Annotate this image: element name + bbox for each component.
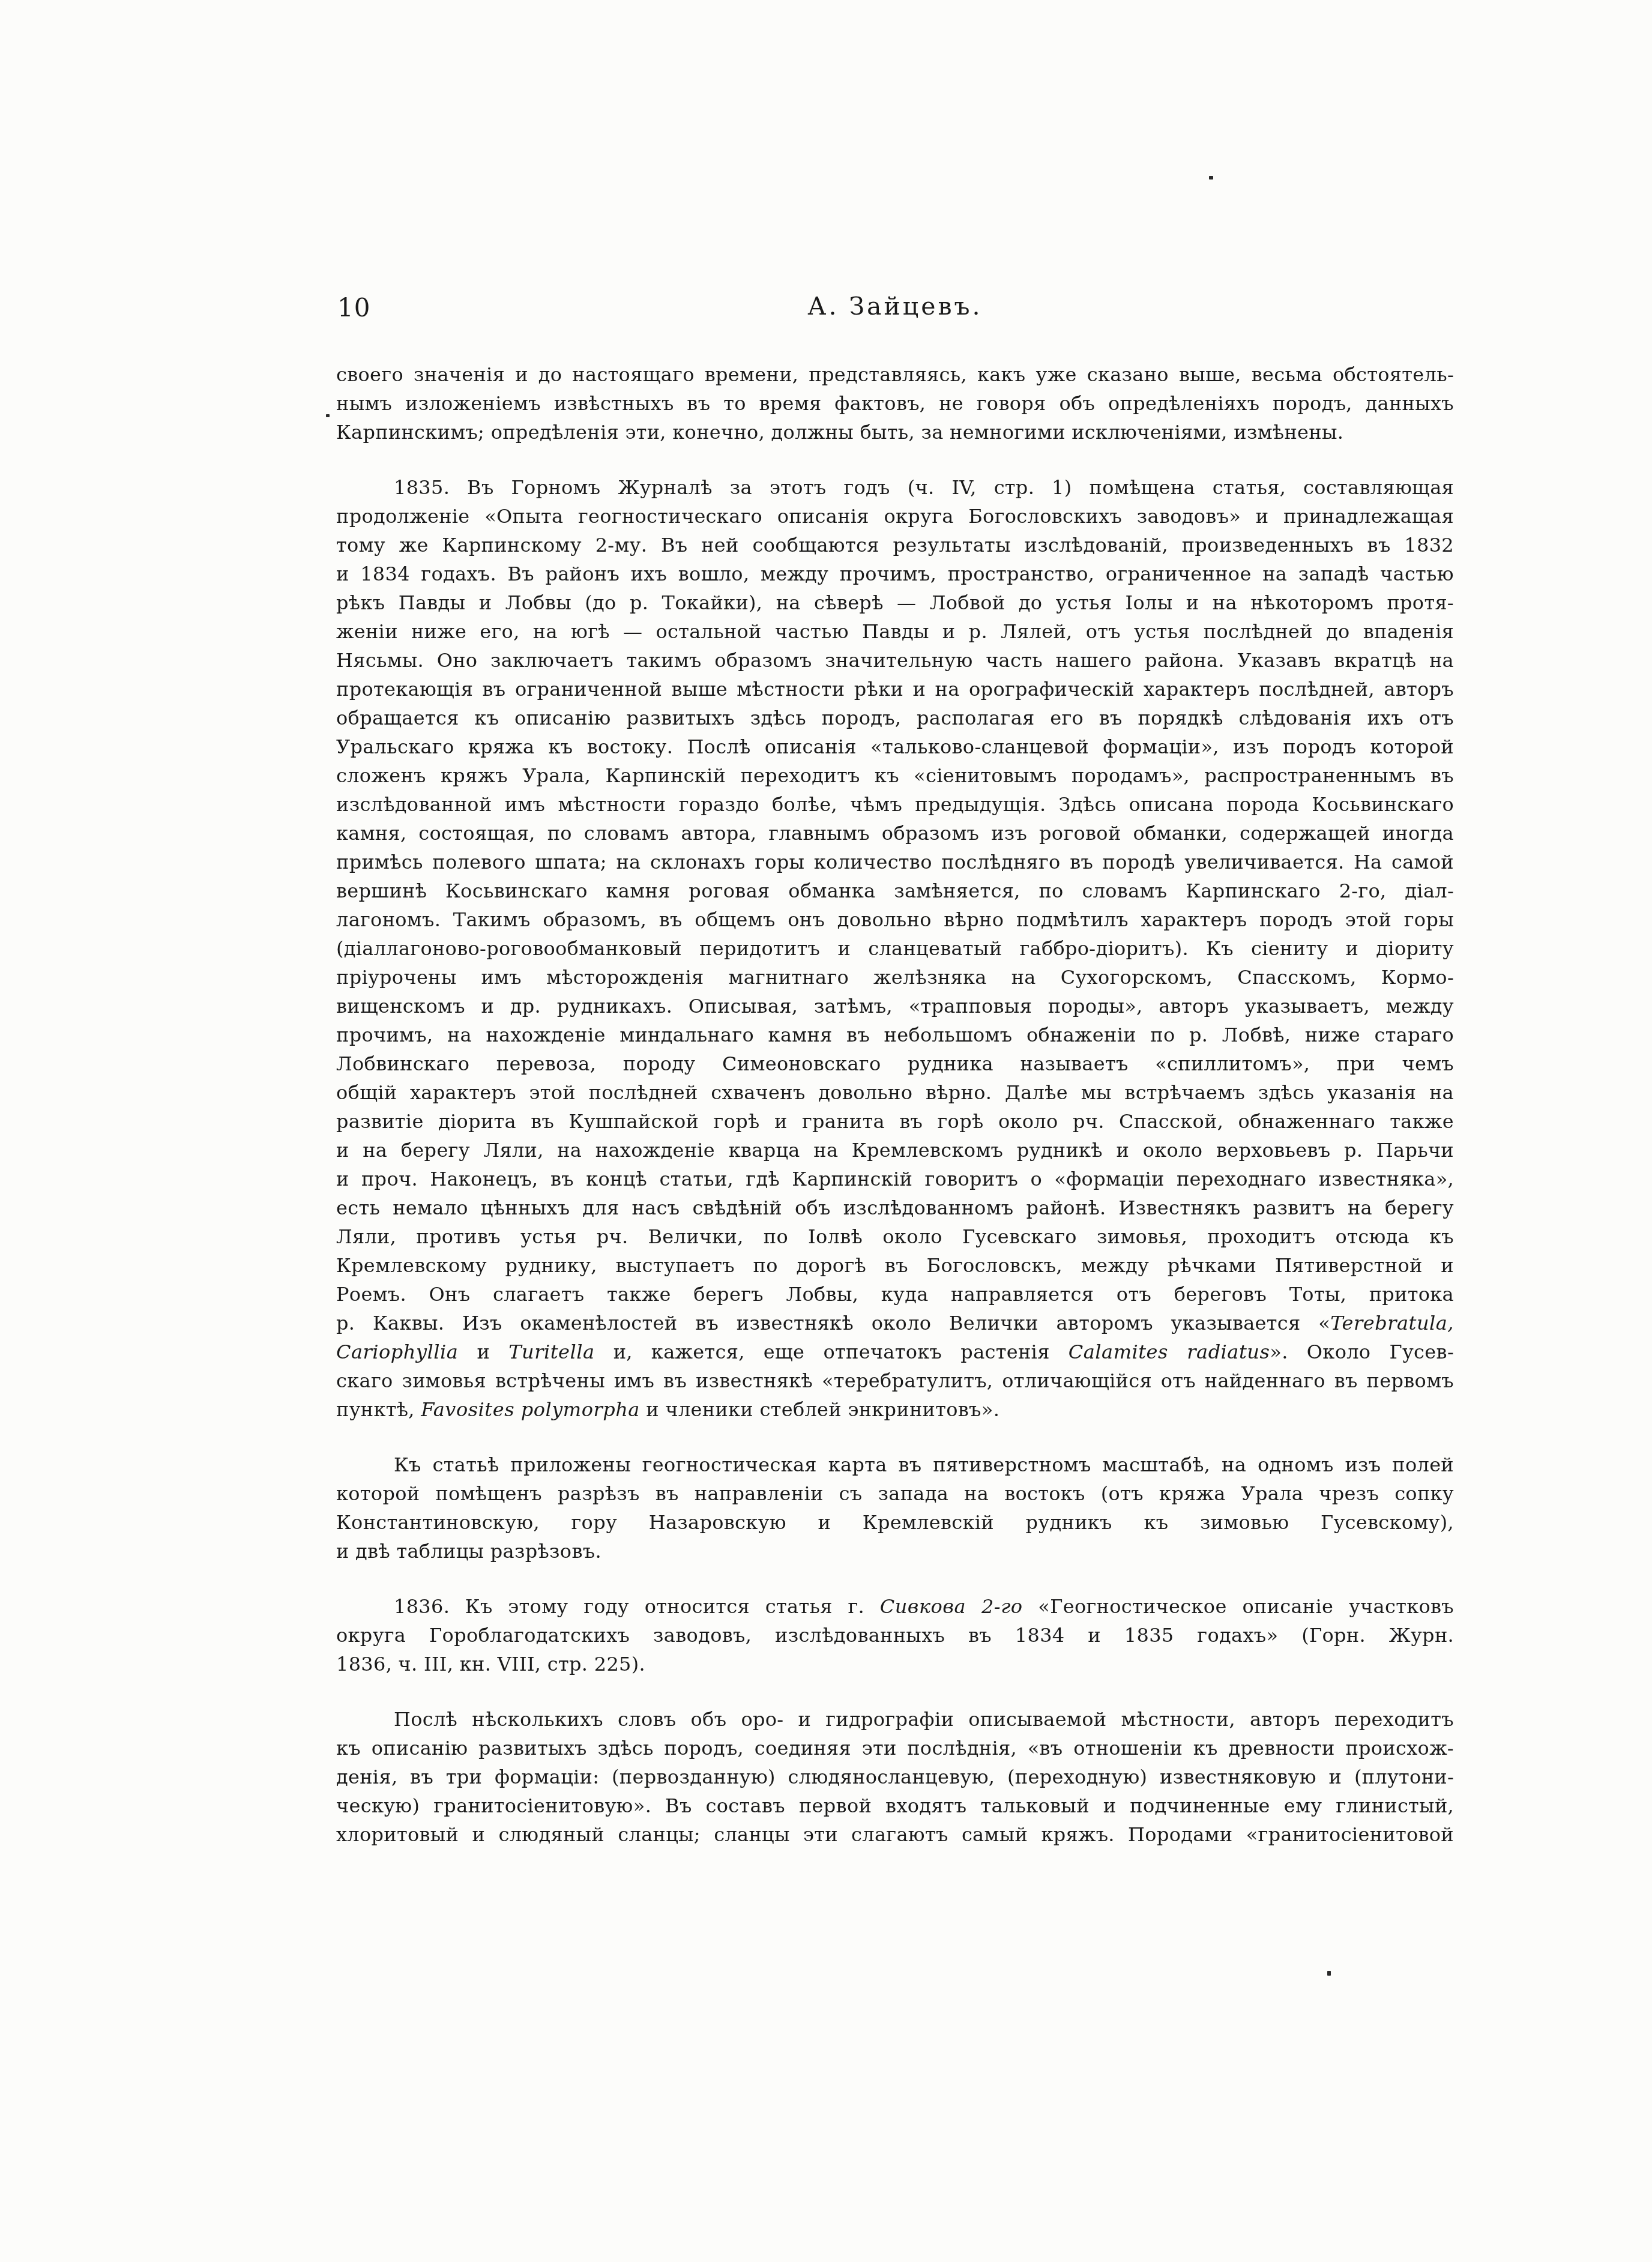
- text-line: лагономъ. Такимъ образомъ, въ общемъ онъ…: [336, 905, 1454, 934]
- text-run: камня, состоящая, по словамъ автора, гла…: [336, 822, 1454, 845]
- text-run: и: [458, 1341, 508, 1363]
- text-run: лагономъ. Такимъ образомъ, въ общемъ онъ…: [336, 908, 1454, 931]
- text-run: женіи ниже его, на югѣ — остальной часть…: [336, 620, 1454, 643]
- text-line: скаго зимовья встрѣчены имъ въ известняк…: [336, 1366, 1454, 1395]
- text-run: Нясьмы. Оно заключаетъ такимъ образомъ з…: [336, 649, 1454, 672]
- text-line: Нясьмы. Оно заключаетъ такимъ образомъ з…: [336, 646, 1454, 675]
- scan-artifact-dot: [1327, 1971, 1331, 1976]
- text-line: (діаллагоново-роговообманковый перидотит…: [336, 934, 1454, 963]
- text-line: развитіе діорита въ Кушпайской горѣ и гр…: [336, 1107, 1454, 1136]
- text-run: изслѣдованной имъ мѣстности гораздо болѣ…: [336, 793, 1454, 816]
- text-line: Карпинскимъ; опредѣленія эти, конечно, д…: [336, 418, 1454, 447]
- text-run: и членики стеблей энкринитовъ».: [640, 1398, 999, 1421]
- scan-artifact-dot: [326, 414, 330, 417]
- text-run: Уральскаго кряжа къ востоку. Послѣ описа…: [336, 735, 1454, 758]
- text-block: своего значенія и до настоящаго времени,…: [336, 360, 1454, 1849]
- text-run: своего значенія и до настоящаго времени,…: [336, 363, 1454, 386]
- text-line: камня, состоящая, по словамъ автора, гла…: [336, 819, 1454, 848]
- text-line: есть немало цѣнныхъ для насъ свѣдѣній об…: [336, 1193, 1454, 1222]
- text-line: обращается къ описанію развитыхъ здѣсь п…: [336, 704, 1454, 732]
- text-line: изслѣдованной имъ мѣстности гораздо болѣ…: [336, 790, 1454, 819]
- text-line: своего значенія и до настоящаго времени,…: [336, 360, 1454, 389]
- text-run: хлоритовый и слюдяный сланцы; сланцы эти…: [336, 1823, 1454, 1846]
- text-line: р. Каквы. Изъ окаменѣлостей въ известняк…: [336, 1309, 1454, 1338]
- text-run: продолженіе «Опыта геогностическаго опис…: [336, 505, 1454, 528]
- text-line: Уральскаго кряжа къ востоку. Послѣ описа…: [336, 732, 1454, 761]
- italic-name-run: Calamites radiatus: [1069, 1341, 1270, 1363]
- text-run: 1836, ч. III, кн. VIII, стр. 225).: [336, 1653, 645, 1675]
- scan-artifact-dot: [1209, 176, 1213, 179]
- text-line: Лобвинскаго перевоза, породу Симеоновска…: [336, 1049, 1454, 1078]
- text-line: которой помѣщенъ разрѣзъ въ направленіи …: [336, 1479, 1454, 1508]
- text-line: примѣсь полевого шпата; на склонахъ горы…: [336, 848, 1454, 876]
- italic-name-run: Terebratula,: [1330, 1312, 1454, 1335]
- text-run: тому же Карпинскому 2-му. Въ ней сообщаю…: [336, 534, 1454, 556]
- text-line: 1836. Къ этому году относится статья г. …: [336, 1592, 1454, 1621]
- text-run: Кремлевскому руднику, выступаетъ по доро…: [336, 1254, 1454, 1277]
- text-run: вищенскомъ и др. рудникахъ. Описывая, за…: [336, 995, 1454, 1018]
- text-run: общій характеръ этой послѣдней схваченъ …: [336, 1081, 1454, 1104]
- text-line: Cariophyllia и Turitella и, кажется, еще…: [336, 1338, 1454, 1366]
- text-line: вершинѣ Косьвинскаго камня роговая обман…: [336, 876, 1454, 905]
- text-run: есть немало цѣнныхъ для насъ свѣдѣній об…: [336, 1196, 1454, 1219]
- text-line: общій характеръ этой послѣдней схваченъ …: [336, 1078, 1454, 1107]
- text-run: развитіе діорита въ Кушпайской горѣ и гр…: [336, 1110, 1454, 1133]
- text-line: тому же Карпинскому 2-му. Въ ней сообщаю…: [336, 531, 1454, 559]
- text-line: округа Гороблагодатскихъ заводовъ, изслѣ…: [336, 1621, 1454, 1650]
- text-line: хлоритовый и слюдяный сланцы; сланцы эти…: [336, 1820, 1454, 1849]
- paragraph: Послѣ нѣсколькихъ словъ объ оро- и гидро…: [336, 1705, 1454, 1849]
- text-run: протекающія въ ограниченной выше мѣстнос…: [336, 678, 1454, 701]
- text-line: и проч. Наконецъ, въ концѣ статьи, гдѣ К…: [336, 1165, 1454, 1193]
- text-run: рѣкъ Павды и Лобвы (до р. Токайки), на с…: [336, 591, 1454, 614]
- text-run: Роемъ. Онъ слагаетъ также берегъ Лобвы, …: [336, 1283, 1454, 1306]
- text-run: и на берегу Ляли, на нахожденіе кварца н…: [336, 1139, 1454, 1162]
- scanned-book-page: 10 А. Зайцевъ. своего значенія и до наст…: [0, 0, 1652, 2262]
- text-run: Карпинскимъ; опредѣленія эти, конечно, д…: [336, 421, 1343, 444]
- text-line: вищенскомъ и др. рудникахъ. Описывая, за…: [336, 992, 1454, 1021]
- text-line: рѣкъ Павды и Лобвы (до р. Токайки), на с…: [336, 588, 1454, 617]
- text-line: и двѣ таблицы разрѣзовъ.: [336, 1537, 1454, 1566]
- text-run: 1836. Къ этому году относится статья г.: [394, 1595, 880, 1618]
- text-line: сложенъ кряжъ Урала, Карпинскій переходи…: [336, 761, 1454, 790]
- text-line: Послѣ нѣсколькихъ словъ объ оро- и гидро…: [336, 1705, 1454, 1734]
- paragraph: Къ статьѣ приложены геогностическая карт…: [336, 1450, 1454, 1566]
- text-run: 1835. Въ Горномъ Журналѣ за этотъ годъ (…: [394, 476, 1454, 499]
- text-run: пріурочены имъ мѣсторожденія магнитнаго …: [336, 966, 1454, 989]
- paragraph: 1836. Къ этому году относится статья г. …: [336, 1592, 1454, 1678]
- italic-name-run: Сивкова 2-го: [880, 1595, 1023, 1618]
- text-run: Ляли, противъ устья рч. Велички, по Іолв…: [336, 1225, 1454, 1248]
- running-head-author: А. Зайцевъ.: [336, 292, 1454, 321]
- text-run: (діаллагоново-роговообманковый перидотит…: [336, 937, 1454, 960]
- text-line: женіи ниже его, на югѣ — остальной часть…: [336, 617, 1454, 646]
- text-line: Ляли, противъ устья рч. Велички, по Іолв…: [336, 1222, 1454, 1251]
- text-line: протекающія въ ограниченной выше мѣстнос…: [336, 675, 1454, 704]
- text-run: ческую) гранитосіенитовую». Въ составъ п…: [336, 1794, 1454, 1817]
- text-line: 1835. Въ Горномъ Журналѣ за этотъ годъ (…: [336, 473, 1454, 502]
- italic-name-run: Favosites polymorpha: [421, 1398, 640, 1421]
- text-run: вершинѣ Косьвинскаго камня роговая обман…: [336, 879, 1454, 902]
- text-run: нымъ изложеніемъ извѣстныхъ въ то время …: [336, 392, 1454, 415]
- text-line: прочимъ, на нахожденіе миндальнаго камня…: [336, 1021, 1454, 1049]
- text-run: Константиновскую, гору Назаровскую и Кре…: [336, 1511, 1454, 1534]
- italic-name-run: Cariophyllia: [336, 1341, 458, 1363]
- text-line: Кремлевскому руднику, выступаетъ по доро…: [336, 1251, 1454, 1280]
- text-run: скаго зимовья встрѣчены имъ въ известняк…: [336, 1369, 1454, 1392]
- text-line: и 1834 годахъ. Въ районъ ихъ вошло, межд…: [336, 559, 1454, 588]
- text-line: 1836, ч. III, кн. VIII, стр. 225).: [336, 1650, 1454, 1678]
- text-run: обращается къ описанію развитыхъ здѣсь п…: [336, 707, 1454, 729]
- text-run: Послѣ нѣсколькихъ словъ объ оро- и гидро…: [394, 1708, 1454, 1731]
- text-run: примѣсь полевого шпата; на склонахъ горы…: [336, 851, 1454, 873]
- text-run: пунктѣ,: [336, 1398, 421, 1421]
- text-line: Константиновскую, гору Назаровскую и Кре…: [336, 1508, 1454, 1537]
- italic-name-run: Turitella: [508, 1341, 594, 1363]
- text-line: и на берегу Ляли, на нахожденіе кварца н…: [336, 1136, 1454, 1165]
- text-run: денія, въ три формаціи: (первозданную) с…: [336, 1766, 1454, 1788]
- text-run: которой помѣщенъ разрѣзъ въ направленіи …: [336, 1482, 1454, 1505]
- text-run: и двѣ таблицы разрѣзовъ.: [336, 1540, 601, 1563]
- text-line: Роемъ. Онъ слагаетъ также берегъ Лобвы, …: [336, 1280, 1454, 1309]
- text-run: и, кажется, еще отпечатокъ растенія: [595, 1341, 1069, 1363]
- text-run: р. Каквы. Изъ окаменѣлостей въ известняк…: [336, 1312, 1330, 1335]
- text-line: ческую) гранитосіенитовую». Въ составъ п…: [336, 1791, 1454, 1820]
- text-line: нымъ изложеніемъ извѣстныхъ въ то время …: [336, 389, 1454, 418]
- paragraph: 1835. Въ Горномъ Журналѣ за этотъ годъ (…: [336, 473, 1454, 1424]
- text-run: и 1834 годахъ. Въ районъ ихъ вошло, межд…: [336, 562, 1454, 585]
- text-run: ». Около Гусев-: [1270, 1341, 1454, 1363]
- text-run: къ описанію развитыхъ здѣсь породъ, соед…: [336, 1737, 1454, 1760]
- text-run: сложенъ кряжъ Урала, Карпинскій переходи…: [336, 764, 1454, 787]
- text-run: прочимъ, на нахожденіе миндальнаго камня…: [336, 1024, 1454, 1046]
- text-line: денія, въ три формаціи: (первозданную) с…: [336, 1763, 1454, 1791]
- paragraph: своего значенія и до настоящаго времени,…: [336, 360, 1454, 447]
- text-run: «Геогностическое описаніе участковъ: [1023, 1595, 1454, 1618]
- text-run: Къ статьѣ приложены геогностическая карт…: [394, 1453, 1454, 1476]
- text-run: округа Гороблагодатскихъ заводовъ, изслѣ…: [336, 1624, 1454, 1647]
- text-run: Лобвинскаго перевоза, породу Симеоновска…: [336, 1052, 1454, 1075]
- text-line: продолженіе «Опыта геогностическаго опис…: [336, 502, 1454, 531]
- text-line: Къ статьѣ приложены геогностическая карт…: [336, 1450, 1454, 1479]
- text-line: пунктѣ, Favosites polymorpha и членики с…: [336, 1395, 1454, 1424]
- text-run: и проч. Наконецъ, въ концѣ статьи, гдѣ К…: [336, 1168, 1454, 1190]
- text-line: пріурочены имъ мѣсторожденія магнитнаго …: [336, 963, 1454, 992]
- text-line: къ описанію развитыхъ здѣсь породъ, соед…: [336, 1734, 1454, 1763]
